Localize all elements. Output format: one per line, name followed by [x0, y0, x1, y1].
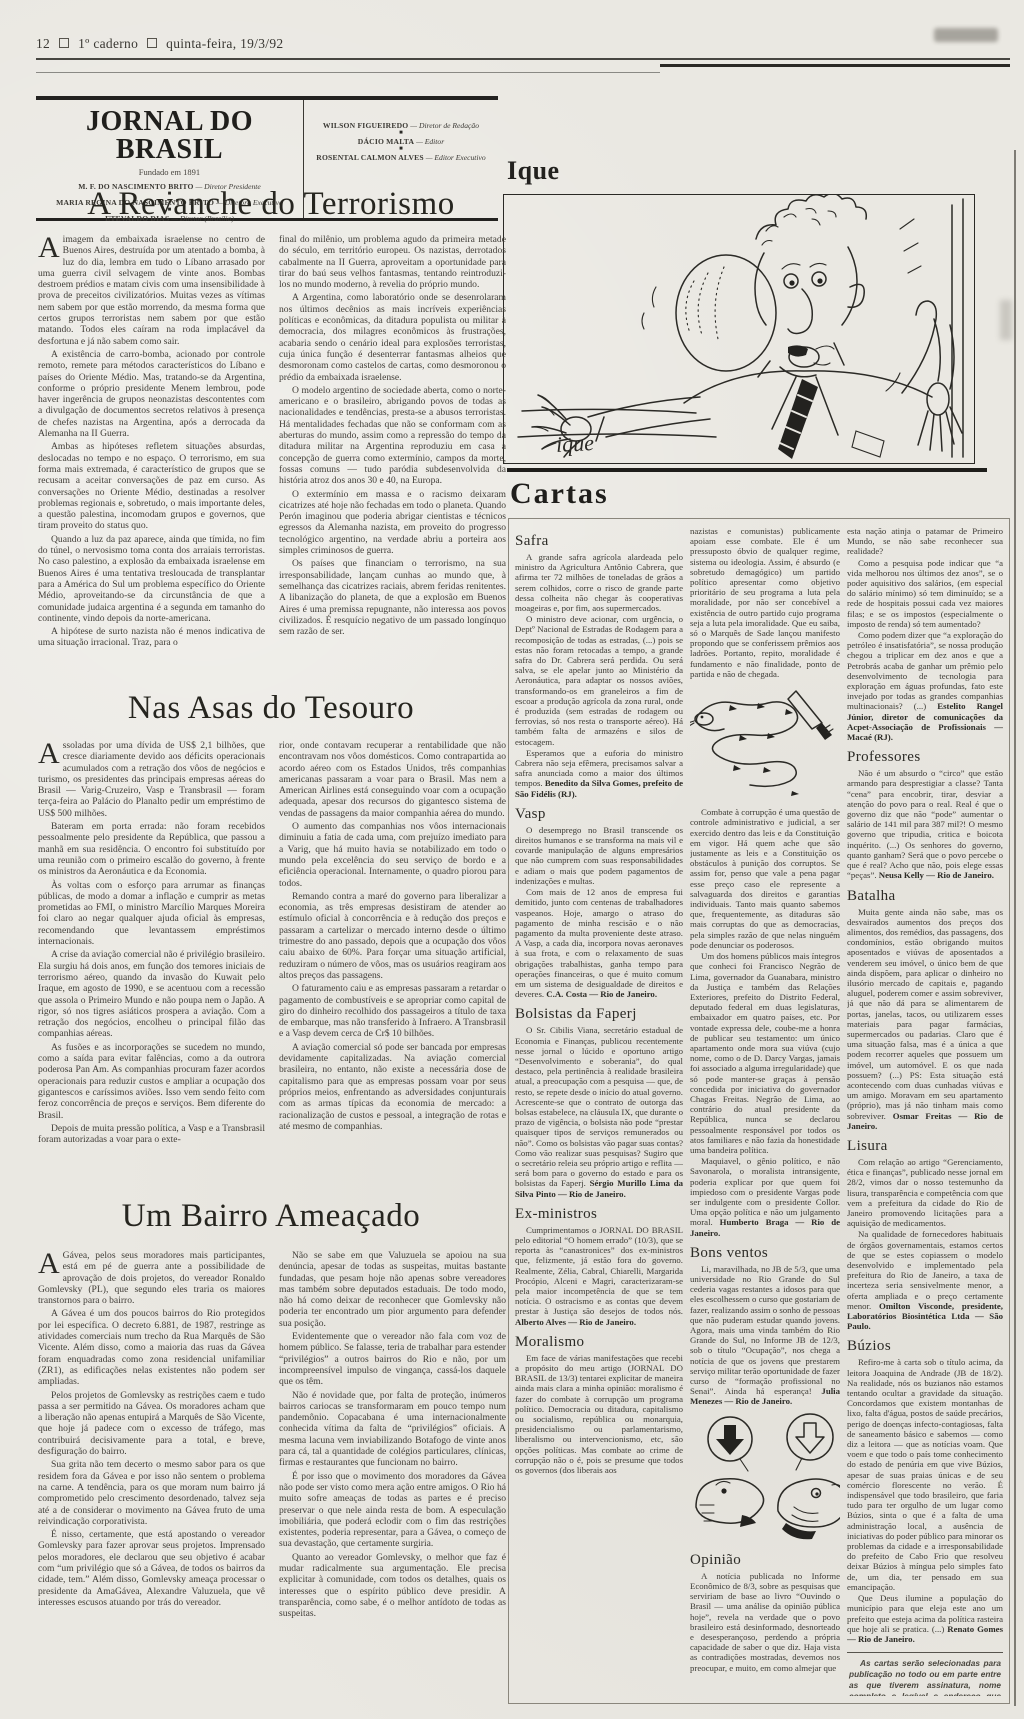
cartoon-byline: Ique [507, 156, 560, 186]
cartas-section: SafraA grande safra agrícola alardeada p… [508, 518, 1010, 1704]
edge-smudge [1000, 300, 1012, 340]
letter-signature: Alberto Alves — Rio de Janeiro. [515, 1317, 636, 1327]
staff-member: ROSENTAL CALMON ALVES — Editor Executivo [304, 153, 498, 162]
staff-member: DÁCIO MALTA — Editor [304, 137, 498, 146]
letter-signature: Benedito da Silva Gomes, prefeito de São… [515, 778, 683, 798]
letter-paragraph: Um dos homens públicos mais íntegros que… [690, 951, 840, 1155]
staff-name: DÁCIO MALTA [358, 137, 414, 146]
editorial-paragraph: Não é novidade que, por falta de proteçã… [279, 1390, 506, 1469]
letter-signature: Renato Gomes — Rio de Janeiro. [847, 1624, 1003, 1644]
top-rule-right [660, 64, 1010, 67]
staff-role: — Diretor de Redação [408, 121, 479, 130]
letter-heading: Bolsistas da Faperj [515, 1006, 683, 1022]
editorial-paragraph: Não se sabe em que Valuzuela se apoiou n… [279, 1250, 506, 1329]
letters-notice: As cartas serão selecionadas para public… [847, 1652, 1003, 1696]
editorial-column: Assoladas por uma dívida de US$ 2,1 bilh… [38, 740, 265, 1182]
editorial-paragraph: A crise da aviação comercial não é privi… [38, 949, 265, 1039]
editorial-paragraph: Quando a luz da paz aparece, ainda que t… [38, 534, 265, 624]
cartas-column-2: nazistas e comunistas) publicamente apoi… [690, 526, 840, 1696]
letter-heading: Opinião [690, 1552, 840, 1568]
newspaper-page: 121º cadernoquinta-feira, 19/3/92 JORNAL… [0, 0, 1024, 1719]
newspaper-title: JORNAL DO BRASIL [36, 108, 303, 164]
letter-heading: Vasp [515, 806, 683, 822]
letter-paragraph: O ministro deve acionar, com urgência, o… [515, 614, 683, 747]
editorial-asas: Assoladas por uma dívida de US$ 2,1 bilh… [38, 740, 506, 1182]
cartas-column-3: esta nação atinja o patamar de Primeiro … [847, 526, 1003, 1696]
letter-heading: Professores [847, 749, 1003, 765]
editorial-paragraph: A imagem da embaixada israelense no cent… [38, 234, 265, 347]
editorial-paragraph: Evidentemente que o vereador não fala co… [279, 1331, 506, 1387]
editorial-paragraph: O modelo argentino de sociedade aberta, … [279, 385, 506, 487]
editorial-paragraph: Quanto ao vereador Gomlevsky, o melhor q… [279, 1552, 506, 1620]
cartoon-signature: ique [555, 430, 594, 458]
drop-cap: A [38, 740, 63, 766]
folio-item: quinta-feira, 19/3/92 [166, 36, 283, 51]
letter-paragraph: esta nação atinja o patamar de Primeiro … [847, 526, 1003, 557]
two-heads-arrows-drawing [690, 1411, 840, 1543]
staff-bullet: ■ [304, 130, 498, 137]
editorial-paragraph: Depois de muita pressão política, a Vasp… [38, 1123, 265, 1146]
editorial-paragraph: É nisso, certamente, que está apostando … [38, 1529, 265, 1608]
cartas-header: Cartas [510, 477, 609, 511]
editorial-paragraph: A hipótese de surto nazista não é menos … [38, 626, 265, 649]
letter-paragraph: Refiro-me à carta sob o título acima, da… [847, 1357, 1003, 1592]
letter-signature: C.A. Costa — Rio de Janeiro. [544, 989, 657, 999]
editorial-column: A imagem da embaixada israelense no cent… [38, 234, 265, 674]
letter-paragraph: Com relação ao artigo “Gerenciamento, ét… [847, 1157, 1003, 1228]
letter-paragraph: A grande safra agrícola alardeada pelo m… [515, 552, 683, 613]
letter-signature: Julia Menezes — Rio de Janeiro. [690, 1386, 840, 1406]
editorial-title-asas: Nas Asas do Tesouro [36, 690, 506, 727]
letters-notice-text: As cartas serão selecionadas para public… [849, 1658, 1001, 1696]
editorial-cartoon: ique [503, 194, 975, 464]
letter-paragraph: Como podem dizer que “a exploração do pe… [847, 630, 1003, 742]
letter-paragraph: Que Deus ilumine a população do municípi… [847, 1593, 1003, 1644]
editorial-column: Não se sabe em que Valuzuela se apoiou n… [279, 1250, 506, 1648]
staff-member: WILSON FIGUEIREDO — Diretor de Redação [304, 121, 498, 130]
letter-paragraph: Cumprimentamos o JORNAL DO BRASIL pelo e… [515, 1225, 683, 1327]
letter-heading: Lisura [847, 1138, 1003, 1154]
two-heads-drawing [690, 1411, 840, 1545]
staff-role: — Editor Executivo [424, 153, 486, 162]
editorial-paragraph: A Gávea, pelos seus moradores mais parti… [38, 1250, 265, 1306]
editorial-paragraph: Bateram em porta errada: não foram receb… [38, 821, 265, 877]
staff-name: ROSENTAL CALMON ALVES [316, 153, 424, 162]
letter-heading: Bons ventos [690, 1245, 840, 1261]
editorial-paragraph: A existência de carro-bomba, acionado po… [38, 349, 265, 439]
editorial-title-bairro: Um Bairro Ameaçado [36, 1198, 506, 1235]
staff-role: — Editor [414, 137, 444, 146]
letter-heading: Búzios [847, 1338, 1003, 1354]
folio-item: 1º caderno [78, 36, 138, 51]
letter-paragraph: A notícia publicada no Informe Econômico… [690, 1571, 840, 1673]
editorial-paragraph: Os países que financiam o terrorismo, na… [279, 558, 506, 637]
letter-paragraph: Não é um absurdo o “circo” que estão arm… [847, 768, 1003, 880]
editorial-paragraph: Ambas as hipóteses refletem situações ab… [38, 441, 265, 531]
editorial-paragraph: rior, onde contavam recuperar a rentabil… [279, 740, 506, 819]
editorial-paragraph: Pelos projetos de Gomlevsky as restriçõe… [38, 1390, 265, 1458]
editorial-paragraph: Às voltas com o esforço para arrumar as … [38, 880, 265, 948]
editorial-paragraph: A Argentina, como laboratório onde se de… [279, 292, 506, 382]
letter-paragraph: Como a pesquisa pode indicar que “a vida… [847, 558, 1003, 629]
letter-paragraph: Li, maravilhada, no JB de 5/3, que uma u… [690, 1264, 840, 1407]
staff-right: WILSON FIGUEIREDO — Diretor de Redação■D… [304, 121, 498, 162]
editorial-paragraph: As fusões e as incorporações se sucedem … [38, 1042, 265, 1121]
letter-signature: Estelito Rangel Júnior, diretor de comun… [847, 701, 1003, 742]
letter-heading: Safra [515, 533, 683, 549]
drop-cap: A [38, 1250, 63, 1276]
editorial-title-revanche: A Revanche do Terrorismo [36, 186, 506, 223]
founded-line: Fundado em 1891 [36, 167, 303, 177]
snake-knife-drawing [690, 683, 838, 801]
letter-heading: Ex-ministros [515, 1206, 683, 1222]
staff-name: WILSON FIGUEIREDO [323, 121, 408, 130]
editorial-paragraph: final do milênio, um problema agudo da p… [279, 234, 506, 290]
corner-smudge [934, 28, 998, 42]
letter-paragraph: O Sr. Cibilis Viana, secretário estadual… [515, 1025, 683, 1198]
editorial-paragraph: A Gávea é um dos poucos bairros do Rio p… [38, 1308, 265, 1387]
letter-paragraph: Com mais de 12 anos de empresa fui demit… [515, 887, 683, 999]
folio-line: 121º cadernoquinta-feira, 19/3/92 [36, 36, 283, 52]
editorial-column: final do milênio, um problema agudo da p… [279, 234, 506, 674]
editorial-paragraph: Sua grita não tem decerto o mesmo sabor … [38, 1459, 265, 1527]
snake-knife-drawing [690, 683, 840, 803]
caricature-drawing [504, 195, 972, 461]
editorial-column: A Gávea, pelos seus moradores mais parti… [38, 1250, 265, 1648]
letter-paragraph: Esperamos que a euforia do ministro Cabr… [515, 748, 683, 799]
letter-paragraph: nazistas e comunistas) publicamente apoi… [690, 526, 840, 679]
editorial-paragraph: A aviação comercial só pode ser bancada … [279, 1042, 506, 1132]
square-icon [59, 38, 69, 48]
letter-signature: Neusa Kelly — Rio de Janeiro. [877, 870, 994, 880]
folio-item: 12 [36, 36, 50, 51]
letter-signature: Omilton Visconde, presidente, Laboratóri… [847, 1301, 1003, 1331]
editorial-revanche: A imagem da embaixada israelense no cent… [38, 234, 506, 674]
drop-cap: A [38, 234, 63, 260]
editorial-bairro: A Gávea, pelos seus moradores mais parti… [38, 1250, 506, 1648]
letter-paragraph: Em face de várias manifestações que rece… [515, 1353, 683, 1475]
staff-bullet: ■ [304, 146, 498, 153]
square-icon [147, 38, 157, 48]
cartas-top-rule [507, 468, 987, 472]
letter-signature: Sérgio Murillo Lima da Silva Pinto — Rio… [515, 1178, 683, 1198]
letter-paragraph: Maquiavel, o gênio político, e não Savon… [690, 1156, 840, 1238]
editorial-paragraph: Assoladas por uma dívida de US$ 2,1 bilh… [38, 740, 265, 819]
letter-paragraph: Na qualidade de fornecedores habituais d… [847, 1229, 1003, 1331]
top-rule [36, 58, 1010, 60]
editorial-paragraph: O aumento das companhias nos vôos intern… [279, 821, 506, 889]
editorial-paragraph: Remando contra a maré do governo para li… [279, 891, 506, 981]
letter-signature: Osmar Freitas — Rio de Janeiro. [847, 1111, 1003, 1131]
editorial-paragraph: O extermínio em massa e o racismo deixar… [279, 489, 506, 557]
cartas-column-1: SafraA grande safra agrícola alardeada p… [515, 526, 683, 1696]
top-rule-left-thin [36, 72, 660, 73]
letter-heading: Batalha [847, 888, 1003, 904]
letter-paragraph: Combate à corrupção é uma questão de con… [690, 807, 840, 950]
letter-paragraph: Muita gente ainda não sabe, mas os desva… [847, 907, 1003, 1131]
letter-paragraph: O desemprego no Brasil transcende os dir… [515, 825, 683, 886]
editorial-column: rior, onde contavam recuperar a rentabil… [279, 740, 506, 1182]
right-margin-rule [1014, 150, 1016, 1706]
letter-heading: Moralismo [515, 1334, 683, 1350]
editorial-paragraph: É por isso que o movimento dos moradores… [279, 1471, 506, 1550]
editorial-paragraph: O faturamento caiu e as empresas passara… [279, 983, 506, 1039]
letter-signature: Humberto Braga — Rio de Janeiro. [690, 1217, 840, 1237]
